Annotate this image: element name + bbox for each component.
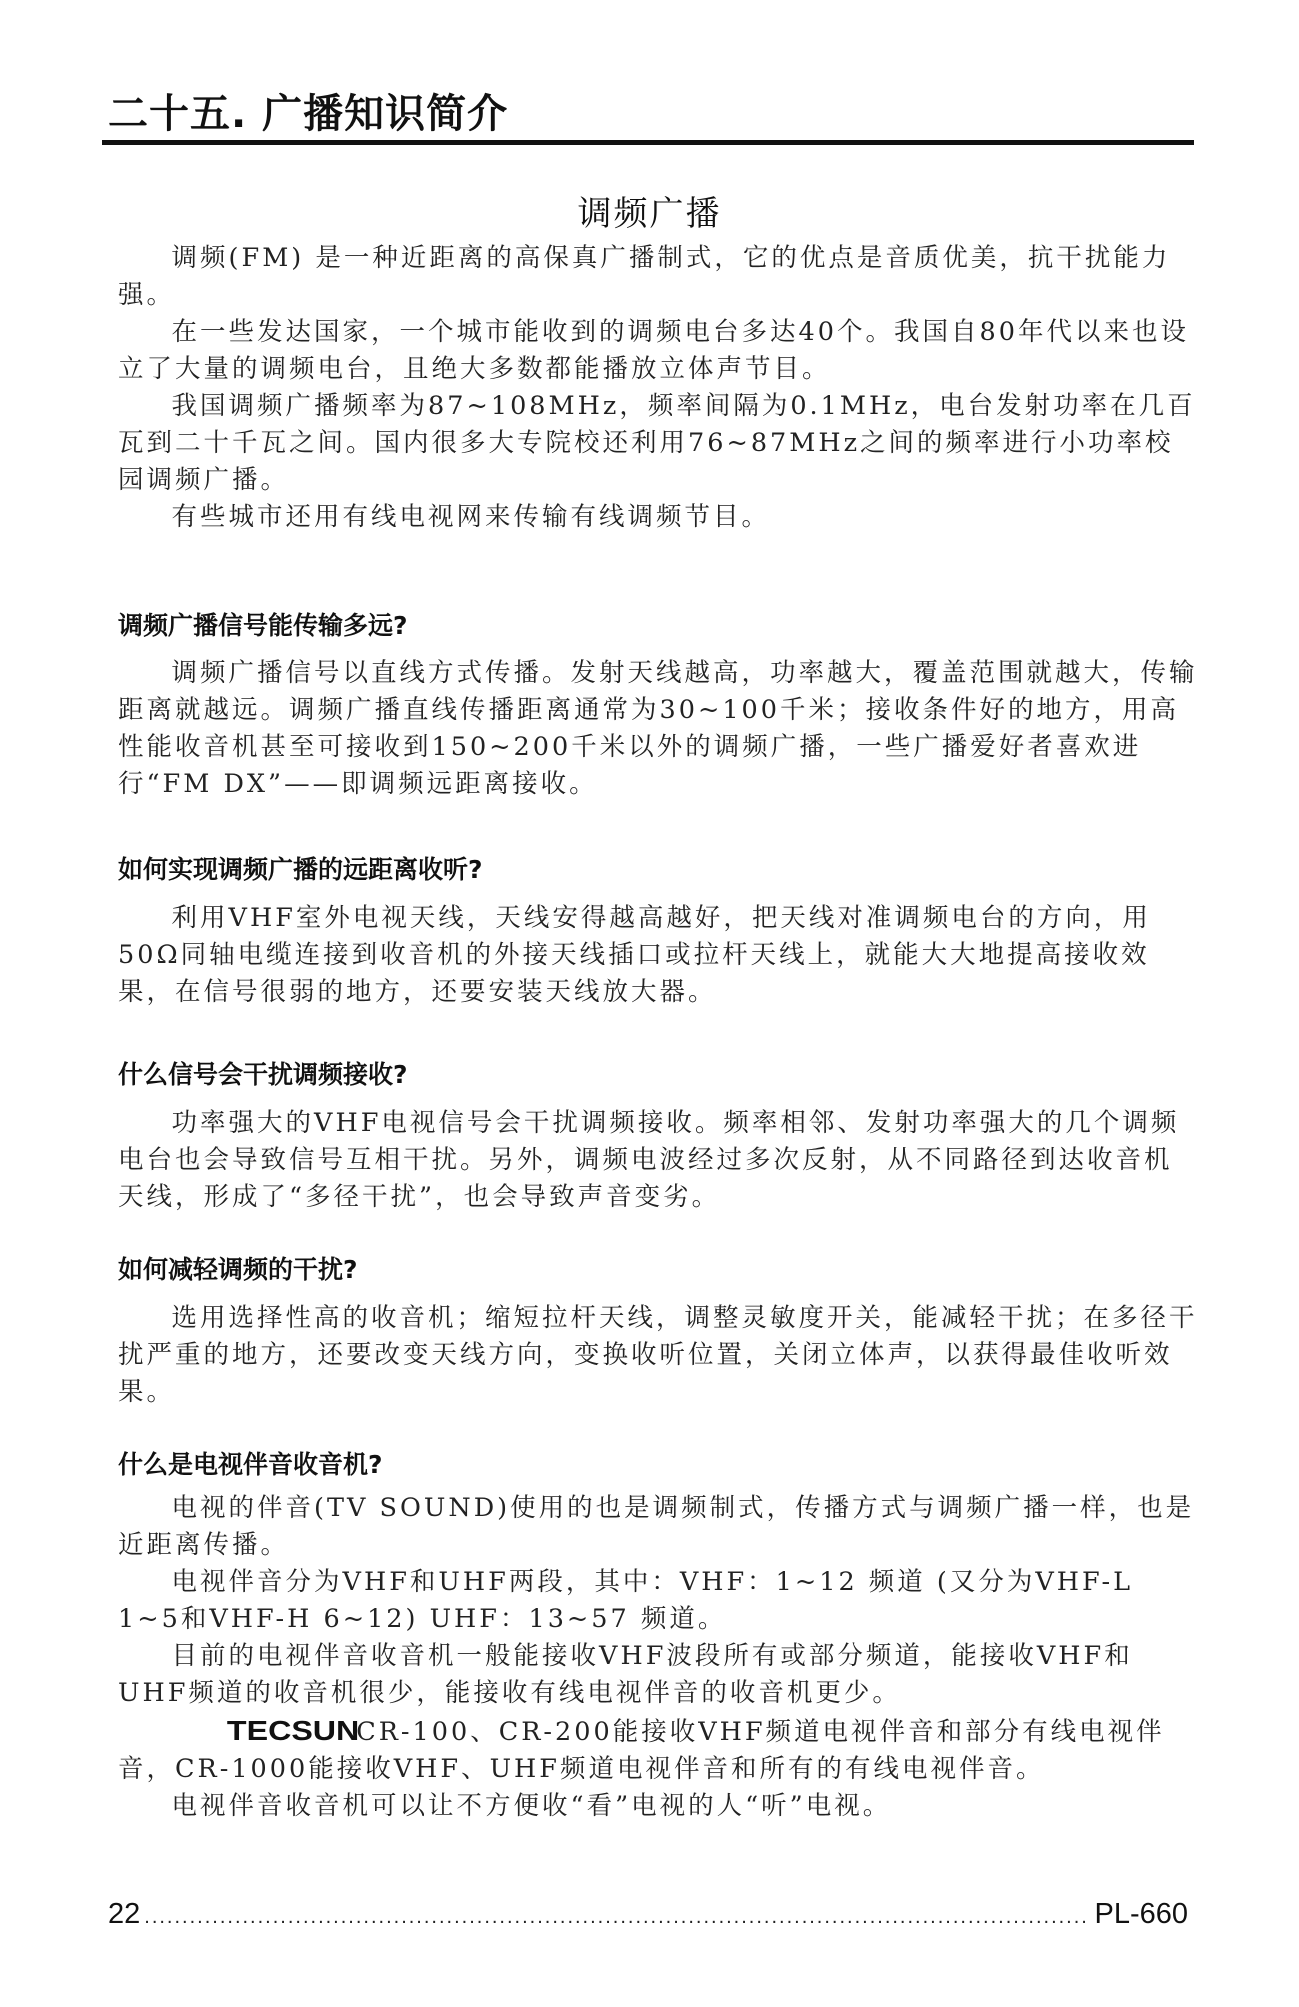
brand-paragraph: TECSUNCR-100、CR-200能接收VHF频道电视伴音和部分有线电视伴音…	[118, 1712, 1198, 1788]
section-title: 调频广播	[0, 186, 1299, 235]
title-rule-divider	[102, 140, 1194, 145]
answer-block: 电视的伴音(TV SOUND)使用的也是调频制式，传播方式与调频广播一样，也是近…	[118, 1490, 1198, 1825]
question-heading: 什么是电视伴音收音机?	[118, 1445, 383, 1481]
answer-block: 利用VHF室外电视天线，天线安得越高越好，把天线对准调频电台的方向，用50Ω同轴…	[118, 900, 1198, 1011]
question-heading: 如何实现调频广播的远距离收听?	[118, 850, 483, 886]
intro-paragraph: 在一些发达国家，一个城市能收到的调频电台多达40个。我国自80年代以来也设立了大…	[118, 314, 1198, 388]
answer-block: 功率强大的VHF电视信号会干扰调频接收。频率相邻、发射功率强大的几个调频电台也会…	[118, 1105, 1198, 1216]
question-heading: 如何减轻调频的干扰?	[118, 1250, 358, 1286]
question-heading: 调频广播信号能传输多远?	[118, 606, 408, 642]
answer-paragraph: 电视伴音收音机可以让不方便收“看”电视的人“听”电视。	[118, 1788, 1198, 1825]
answer-paragraph: 利用VHF室外电视天线，天线安得越高越好，把天线对准调频电台的方向，用50Ω同轴…	[118, 900, 1198, 1011]
answer-block: 选用选择性高的收音机；缩短拉杆天线，调整灵敏度开关，能减轻干扰；在多径干扰严重的…	[118, 1300, 1198, 1411]
page-footer: 22 .....................................…	[108, 1898, 1188, 1931]
answer-block: 调频广播信号以直线方式传播。发射天线越高，功率越大，覆盖范围就越大，传输距离就越…	[118, 655, 1198, 803]
page-number: 22	[108, 1898, 140, 1931]
question-heading: 什么信号会干扰调频接收?	[118, 1055, 408, 1091]
answer-paragraph: 选用选择性高的收音机；缩短拉杆天线，调整灵敏度开关，能减轻干扰；在多径干扰严重的…	[118, 1300, 1198, 1411]
tecsun-logo: TECSUN	[165, 1712, 359, 1749]
intro-paragraph: 我国调频广播频率为87~108MHz，频率间隔为0.1MHz，电台发射功率在几百…	[118, 388, 1198, 499]
intro-block: 调频(FM) 是一种近距离的高保真广播制式，它的优点是音质优美，抗干扰能力强。 …	[118, 240, 1198, 536]
model-name: PL-660	[1094, 1898, 1188, 1931]
answer-paragraph: 功率强大的VHF电视信号会干扰调频接收。频率相邻、发射功率强大的几个调频电台也会…	[118, 1105, 1198, 1216]
page-title: 二十五. 广播知识简介	[108, 82, 508, 139]
leader-dots: ........................................…	[144, 1906, 1090, 1929]
intro-paragraph: 调频(FM) 是一种近距离的高保真广播制式，它的优点是音质优美，抗干扰能力强。	[118, 240, 1198, 314]
answer-paragraph: 电视的伴音(TV SOUND)使用的也是调频制式，传播方式与调频广播一样，也是近…	[118, 1490, 1198, 1564]
answer-paragraph: 电视伴音分为VHF和UHF两段，其中：VHF：1~12 频道 (又分为VHF-L…	[118, 1564, 1198, 1638]
answer-paragraph: 目前的电视伴音收音机一般能接收VHF波段所有或部分频道，能接收VHF和UHF频道…	[118, 1638, 1198, 1712]
intro-paragraph: 有些城市还用有线电视网来传输有线调频节目。	[118, 499, 1198, 536]
answer-paragraph: 调频广播信号以直线方式传播。发射天线越高，功率越大，覆盖范围就越大，传输距离就越…	[118, 655, 1198, 803]
